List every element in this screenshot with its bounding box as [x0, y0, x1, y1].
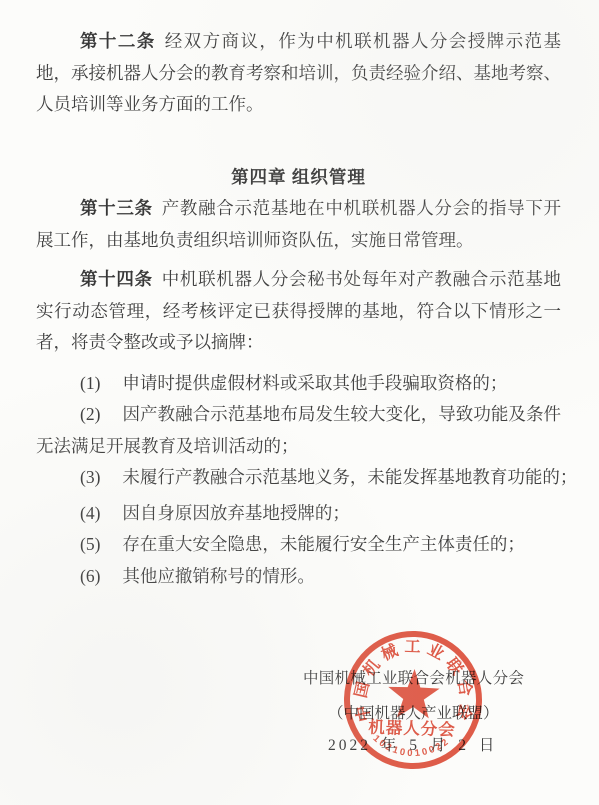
article-13-number: 第十三条: [80, 198, 153, 218]
seal-star-icon: [387, 668, 440, 719]
list-item: (2)因产教融合示范基地布局发生较大变化，导致功能及条件无法满足开展教育及培训活…: [36, 399, 561, 462]
list-item-text: 因自身原因放弃基地授牌的；: [122, 503, 350, 523]
list-item: (1)申请时提供虚假材料或采取其他手段骗取资格的；: [36, 368, 561, 400]
list-item-text: 申请时提供虚假材料或采取其他手段骗取资格的；: [122, 373, 507, 393]
official-seal-stamp: 中国机械工业联合会 机器人分会 10210010022: [328, 615, 499, 786]
list-item-number: (5): [80, 534, 100, 554]
list-item: (4)因自身原因放弃基地授牌的；: [36, 498, 561, 530]
article-12-number: 第十二条: [80, 31, 156, 51]
list-item-number: (3): [80, 467, 100, 487]
list-item-text: 未履行产教融合示范基地义务，未能发挥基地教育功能的；: [122, 467, 577, 487]
paragraph-article-12: 第十二条经双方商议，作为中机联机器人分会授牌示范基地，承接机器人分会的教育考察和…: [36, 26, 561, 121]
list-item: (6)其他应撤销称号的情形。: [36, 561, 561, 593]
paragraph-article-13: 第十三条产教融合示范基地在中机联机器人分会的指导下开展工作，由基地负责组织培训师…: [36, 193, 561, 256]
list-item-number: (4): [80, 503, 100, 523]
list-item: (3)未履行产教融合示范基地义务，未能发挥基地教育功能的；: [36, 462, 561, 494]
list-item-text: 其他应撤销称号的情形。: [122, 566, 315, 586]
article-14-number: 第十四条: [80, 269, 153, 289]
list-item-text: 存在重大安全隐患，未能履行安全生产主体责任的；: [122, 534, 525, 554]
document-page: 第十二条经双方商议，作为中机联机器人分会授牌示范基地，承接机器人分会的教育考察和…: [0, 0, 599, 805]
chapter-heading: 第四章 组织管理: [36, 162, 561, 194]
condition-list: (1)申请时提供虚假材料或采取其他手段骗取资格的； (2)因产教融合示范基地布局…: [36, 368, 561, 593]
list-item-number: (6): [80, 566, 100, 586]
paragraph-article-14: 第十四条中机联机器人分会秘书处每年对产教融合示范基地实行动态管理，经考核评定已获…: [36, 264, 561, 359]
list-item-number: (2): [80, 404, 100, 424]
document-body: 第十二条经双方商议，作为中机联机器人分会授牌示范基地，承接机器人分会的教育考察和…: [36, 26, 561, 592]
list-item-text: 因产教融合示范基地布局发生较大变化，导致功能及条件无法满足开展教育及培训活动的；: [36, 404, 561, 456]
list-item: (5)存在重大安全隐患，未能履行安全生产主体责任的；: [36, 529, 561, 561]
list-item-number: (1): [80, 373, 100, 393]
